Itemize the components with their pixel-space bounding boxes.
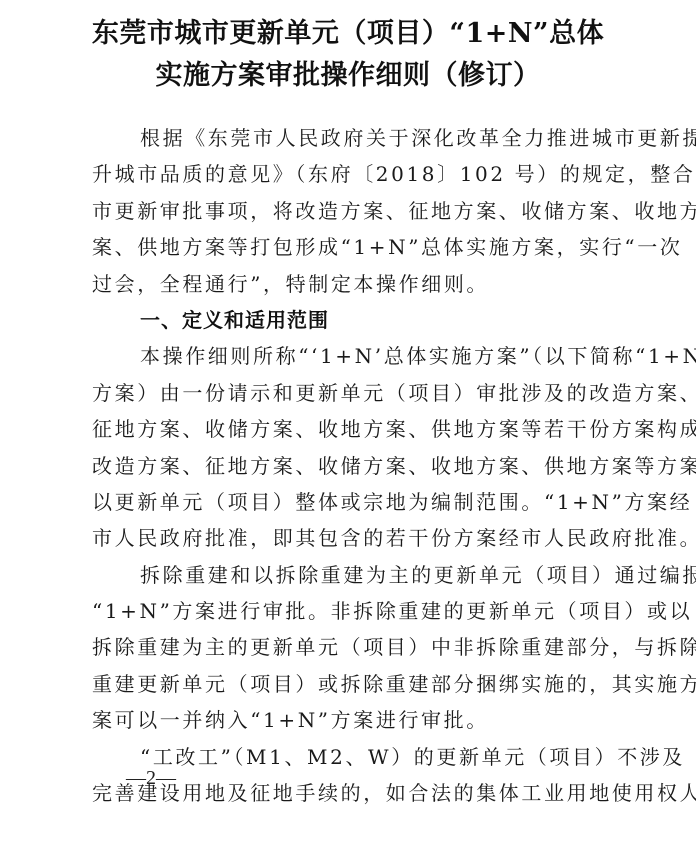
paragraph-line: 案可以一并纳入“1+N”方案进行审批。 (92, 702, 598, 738)
document-title-line-1: 东莞市城市更新单元（项目）“1+N”总体 (0, 16, 696, 52)
document-page: 东莞市城市更新单元（项目）“1+N”总体 实施方案审批操作细则（修订） 根据《东… (0, 0, 696, 860)
paragraph-line: 征地方案、收储方案、收地方案、供地方案等若干份方案构成。 (92, 411, 598, 447)
paragraph-line: “1+N”方案进行审批。非拆除重建的更新单元（项目）或以 (92, 593, 598, 629)
section-heading: 一、定义和适用范围 (92, 302, 598, 338)
paragraph-line: 市更新审批事项，将改造方案、征地方案、收储方案、收地方 (92, 193, 598, 229)
paragraph-line: 拆除重建和以拆除重建为主的更新单元（项目）通过编报 (92, 557, 598, 593)
paragraph-line: 以更新单元（项目）整体或宗地为编制范围。“1+N”方案经 (92, 484, 598, 520)
document-body: 根据《东莞市人民政府关于深化改革全力推进城市更新提 升城市品质的意见》（东府〔2… (92, 120, 598, 811)
paragraph-line: 根据《东莞市人民政府关于深化改革全力推进城市更新提 (92, 120, 598, 156)
paragraph-line: 过会，全程通行”，特制定本操作细则。 (92, 266, 598, 302)
document-title-line-2: 实施方案审批操作细则（修订） (0, 58, 696, 94)
paragraph-line: 市人民政府批准，即其包含的若干份方案经市人民政府批准。 (92, 520, 598, 556)
paragraph-preamble: 根据《东莞市人民政府关于深化改革全力推进城市更新提 升城市品质的意见》（东府〔2… (92, 120, 598, 302)
paragraph-line: 改造方案、征地方案、收储方案、收地方案、供地方案等方案 (92, 448, 598, 484)
paragraph-line: 升城市品质的意见》（东府〔2018〕102 号）的规定，整合城 (92, 156, 598, 192)
page-number: —2— (126, 766, 176, 790)
paragraph-line: 拆除重建为主的更新单元（项目）中非拆除重建部分，与拆除 (92, 629, 598, 665)
paragraph-demolition-rebuild: 拆除重建和以拆除重建为主的更新单元（项目）通过编报 “1+N”方案进行审批。非拆… (92, 557, 598, 739)
section-heading-definition-scope: 一、定义和适用范围 (92, 302, 598, 338)
paragraph-line: 重建更新单元（项目）或拆除重建部分捆绑实施的，其实施方 (92, 666, 598, 702)
paragraph-definition: 本操作细则所称“‘1+N’总体实施方案”（以下简称“1+N” 方案）由一份请示和… (92, 338, 598, 556)
paragraph-line: 案、供地方案等打包形成“1+N”总体实施方案，实行“一次 (92, 229, 598, 265)
paragraph-line: 方案）由一份请示和更新单元（项目）审批涉及的改造方案、 (92, 375, 598, 411)
paragraph-line: 本操作细则所称“‘1+N’总体实施方案”（以下简称“1+N” (92, 338, 598, 374)
